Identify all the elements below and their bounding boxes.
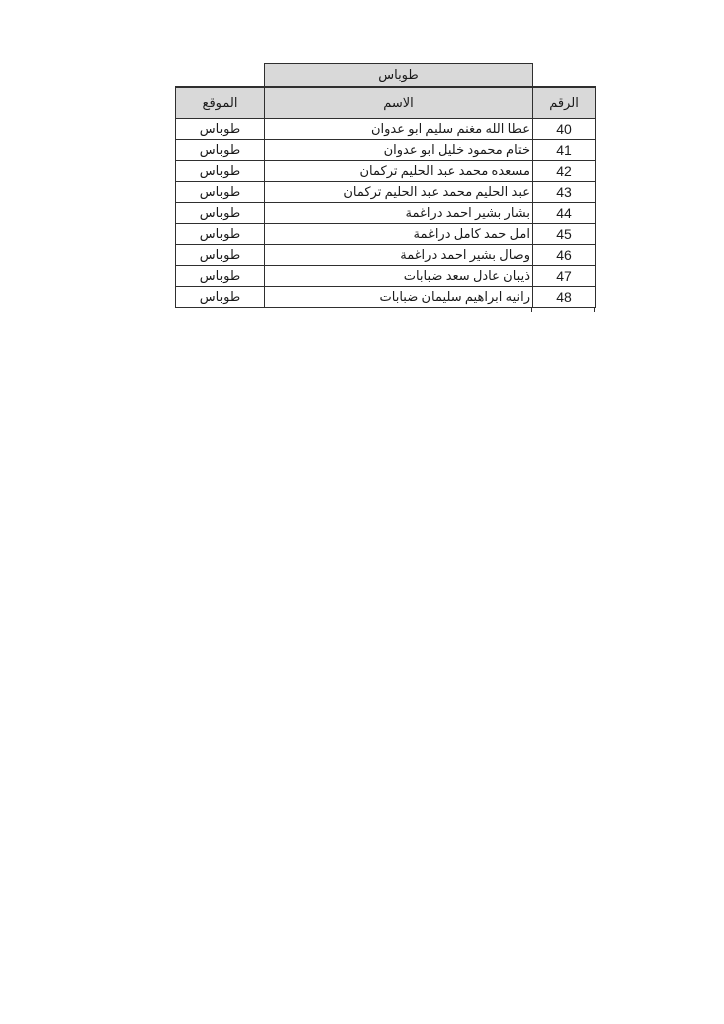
row-number-cell: 47 [533,266,596,287]
row-location-cell: طوباس [176,224,265,245]
row-name-cell: رانيه ابراهيم سليمان ضبابات [265,287,533,308]
table-row: 48 رانيه ابراهيم سليمان ضبابات طوباس [176,287,596,308]
row-number-cell: 45 [533,224,596,245]
row-location-cell: طوباس [176,161,265,182]
region-header-cell: طوباس [265,64,533,87]
row-location-cell: طوباس [176,119,265,140]
table-row: 47 ذيبان عادل سعد ضبابات طوباس [176,266,596,287]
row-location-cell: طوباس [176,245,265,266]
spacer-cell [533,64,596,87]
table-row: 40 عطا الله مغنم سليم ابو عدوان طوباس [176,119,596,140]
row-number-cell: 44 [533,203,596,224]
row-name-cell: عبد الحليم محمد عبد الحليم تركمان [265,182,533,203]
row-name-cell: بشار بشير احمد دراغمة [265,203,533,224]
document-page: طوباس الرقم الاسم الموقع 40 عطا الله مغن… [0,0,724,1024]
column-header-location: الموقع [176,87,265,119]
row-name-cell: ذيبان عادل سعد ضبابات [265,266,533,287]
row-number-cell: 42 [533,161,596,182]
row-number-cell: 40 [533,119,596,140]
row-number-cell: 46 [533,245,596,266]
row-name-cell: وصال بشير احمد دراغمة [265,245,533,266]
table-continuation-mark [531,307,532,312]
row-location-cell: طوباس [176,266,265,287]
table-header-row: الرقم الاسم الموقع [176,87,596,119]
table-row: 42 مسعده محمد عبد الحليم تركمان طوباس [176,161,596,182]
row-name-cell: عطا الله مغنم سليم ابو عدوان [265,119,533,140]
table-row: 46 وصال بشير احمد دراغمة طوباس [176,245,596,266]
row-location-cell: طوباس [176,203,265,224]
table-row: 43 عبد الحليم محمد عبد الحليم تركمان طوب… [176,182,596,203]
table-row: 45 امل حمد كامل دراغمة طوباس [176,224,596,245]
row-location-cell: طوباس [176,140,265,161]
column-header-name: الاسم [265,87,533,119]
row-location-cell: طوباس [176,287,265,308]
row-number-cell: 41 [533,140,596,161]
row-name-cell: امل حمد كامل دراغمة [265,224,533,245]
row-location-cell: طوباس [176,182,265,203]
roster-table: طوباس الرقم الاسم الموقع 40 عطا الله مغن… [175,63,596,308]
region-header-row: طوباس [176,64,596,87]
column-header-number: الرقم [533,87,596,119]
table-continuation-mark [594,307,595,312]
table-row: 44 بشار بشير احمد دراغمة طوباس [176,203,596,224]
row-name-cell: مسعده محمد عبد الحليم تركمان [265,161,533,182]
row-number-cell: 48 [533,287,596,308]
table-row: 41 ختام محمود خليل ابو عدوان طوباس [176,140,596,161]
row-name-cell: ختام محمود خليل ابو عدوان [265,140,533,161]
spacer-cell [176,64,265,87]
row-number-cell: 43 [533,182,596,203]
